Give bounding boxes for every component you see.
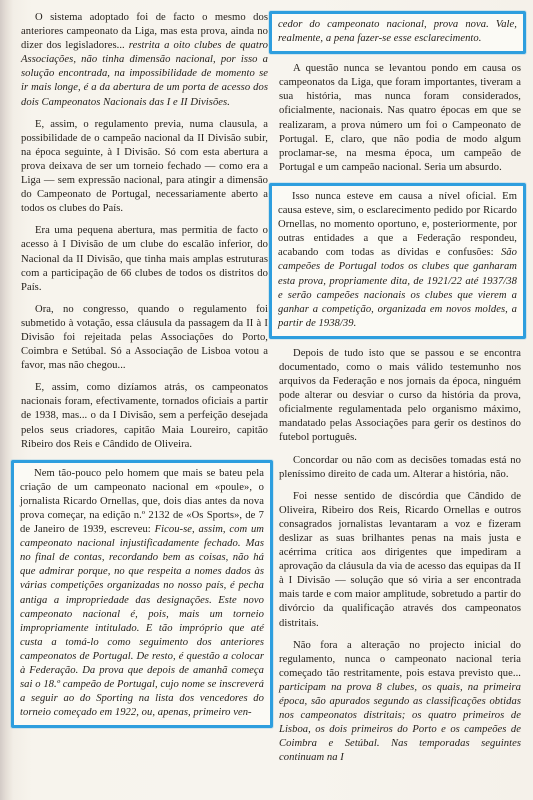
paragraph: Foi nesse sentido de discórdia que Cândi… [279,490,521,631]
italic-text-segment: participam na prova 8 clubes, os quais, … [279,682,521,763]
paragraph: O sistema adoptado foi de facto o mesmo … [21,11,268,110]
highlighted-paragraph: Nem tão-pouco pelo homem que mais se bat… [11,460,273,729]
text-segment: Ora, no congresso, quando o regulamento … [21,304,268,371]
text-segment: Concordar ou não com as decisões tomadas… [279,455,521,480]
text-segment: Isso nunca esteve em causa a nível ofici… [278,191,517,258]
paragraph: Ora, no congresso, quando o regulamento … [21,303,268,373]
right-text-column: cedor do campeonato nacional, prova nova… [279,11,521,774]
text-segment: E, assim, o regulamento previa, numa cla… [21,119,268,215]
paragraph: Depois de tudo isto que se passou e se e… [279,347,521,446]
text-segment: Era uma pequena abertura, mas permitia d… [21,225,268,292]
paragraph: Não fora a alteração no projecto inicial… [279,639,521,766]
paragraph: Concordar ou não com as decisões tomadas… [279,454,521,482]
paragraph: E, assim, como dizíamos atrás, os campeo… [21,381,268,451]
left-text-column: O sistema adoptado foi de facto o mesmo … [21,11,268,736]
italic-text-segment: Ficou-se, assim, com um campeonato nacio… [20,524,264,718]
italic-text-segment: cedor do campeonato nacional, prova nova… [278,19,517,44]
paragraph: E, assim, o regulamento previa, numa cla… [21,118,268,217]
scanned-document-page: O sistema adoptado foi de facto o mesmo … [0,0,533,800]
highlighted-paragraph: Isso nunca esteve em causa a nível ofici… [269,183,526,339]
text-segment: A questão nunca se levantou pondo em cau… [279,63,521,173]
text-segment: Foi nesse sentido de discórdia que Cândi… [279,491,521,629]
paragraph: A questão nunca se levantou pondo em cau… [279,62,521,175]
text-segment: E, assim, como dizíamos atrás, os campeo… [21,382,268,449]
highlighted-paragraph: cedor do campeonato nacional, prova nova… [269,11,526,54]
text-segment: Não fora a alteração no projecto inicial… [279,640,521,679]
paragraph: Era uma pequena abertura, mas permitia d… [21,224,268,294]
italic-text-segment: São campeões de Portugal todos os clubes… [278,247,517,328]
text-segment: Depois de tudo isto que se passou e se e… [279,348,521,444]
